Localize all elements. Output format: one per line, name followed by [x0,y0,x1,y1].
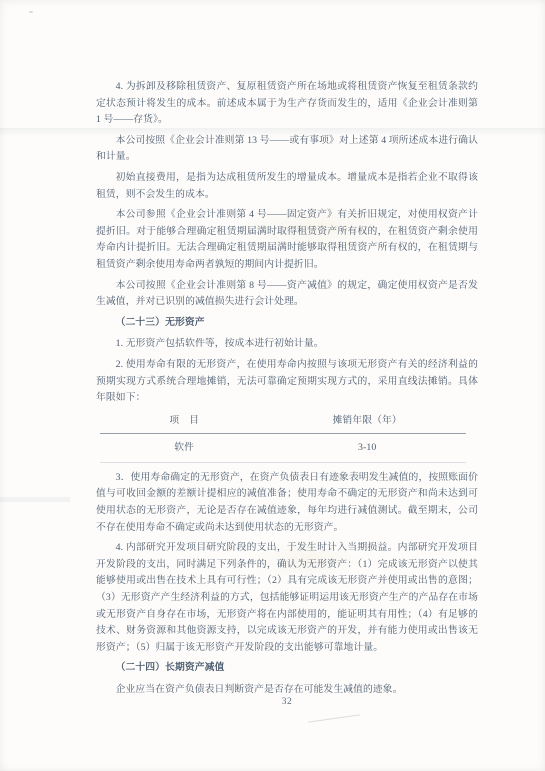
paragraph-cas13-contingencies: 本公司按照《企业会计准则第 13 号——或有事项》对上述第 4 项所述成本进行确… [96,133,478,166]
paragraph-rou-asset-impairment: 本公司按照《企业会计准则第 8 号——资产减值》的规定，确定使用权资产是否发生减… [96,278,478,311]
paragraph-rd-expenditure: 4. 内部研究开发项目研究阶段的支出，于发生时计入当期损益。内部研究开发项目开发… [96,540,478,656]
amortization-table-header-years: 摊销年限（年） [268,412,466,434]
page-number: 32 [96,697,478,707]
paragraph-initial-direct-costs: 初始直接费用，是指为达成租赁所发生的增量成本。增量成本是指若企业不取得该租赁，则… [96,170,478,203]
heading-intangible-assets: （二十三）无形资产 [96,315,478,332]
table-row: 软件 3-10 [100,434,466,463]
amortization-table-header-row: 项 目 摊销年限（年） [100,412,466,434]
amortization-table-cell-years: 3-10 [268,434,466,463]
paragraph-intangible-initial-measurement: 1. 无形资产包括软件等，按成本进行初始计量。 [96,336,478,353]
document-page: 4. 为拆卸及移除租赁资产、复原租赁资产所在场地或将租赁资产恢复至租赁条款约定状… [0,0,545,771]
amortization-table-cell-item: 软件 [100,434,268,463]
heading-long-term-asset-impairment: （二十四）长期资产减值 [96,660,478,677]
paragraph-intangible-impairment-test: 3．使用寿命确定的无形资产，在资产负债表日有迹象表明发生减值的，按照账面价值与可… [96,470,478,536]
scan-artifact-speck [29,11,33,13]
scan-artifact-scratch [308,714,360,722]
paragraph-rou-asset-depreciation: 本公司参照《企业会计准则第 4 号——固定资产》有关折旧规定，对使用权资产计提折… [96,207,478,273]
amortization-table: 项 目 摊销年限（年） 软件 3-10 [100,412,466,463]
paragraph-amortization-method: 2. 使用寿命有限的无形资产，在使用寿命内按照与该项无形资产有关的经济利益的预期… [96,357,478,407]
scan-artifact-line [0,497,70,502]
amortization-table-header-item: 项 目 [100,412,268,434]
document-content: 4. 为拆卸及移除租赁资产、复原租赁资产所在场地或将租赁资产恢复至租赁条款约定状… [96,79,478,703]
paragraph-lease-restoration-costs: 4. 为拆卸及移除租赁资产、复原租赁资产所在场地或将租赁资产恢复至租赁条款约定状… [96,79,478,129]
